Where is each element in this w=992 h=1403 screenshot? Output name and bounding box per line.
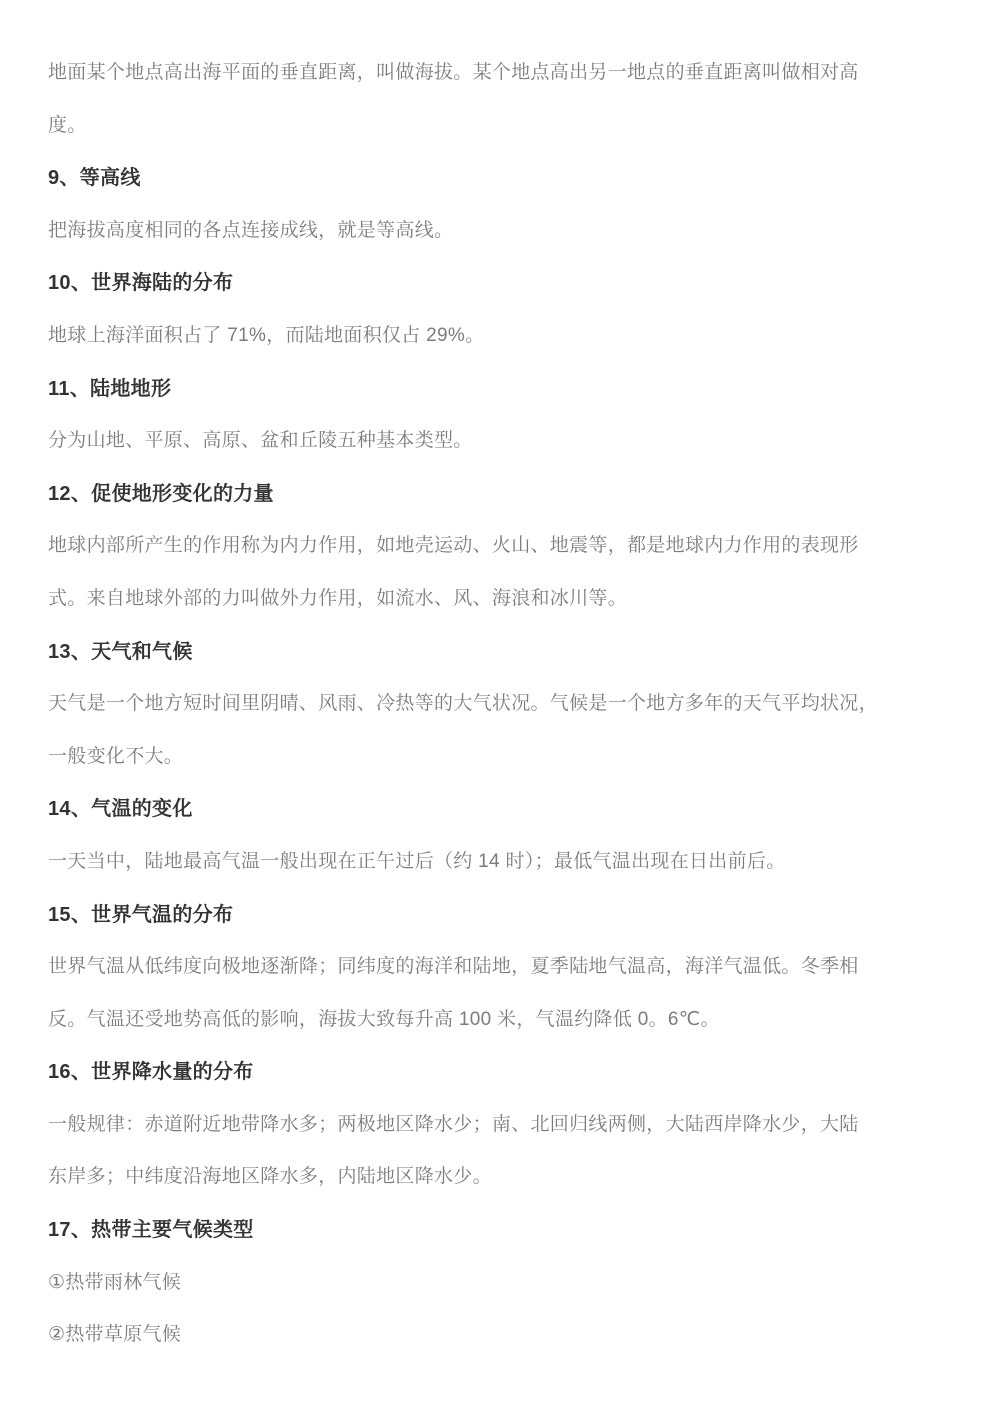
heading-13-weather-climate: 13、天气和气候 (48, 626, 892, 679)
paragraph-land-sea-distribution: 地球上海洋面积占了 71%，而陆地面积仅占 29%。 (48, 310, 892, 363)
paragraph-world-precipitation-distribution: 一般规律：赤道附近地带降水多；两极地区降水少；南、北回归线两侧，大陆西岸降水少，… (48, 1099, 892, 1204)
heading-17-tropical-climate-types: 17、热带主要气候类型 (48, 1204, 892, 1257)
paragraph-altitude-definition: 地面某个地点高出海平面的垂直距离，叫做海拔。某个地点高出另一地点的垂直距离叫做相… (48, 47, 892, 152)
document-page: 地面某个地点高出海平面的垂直距离，叫做海拔。某个地点高出另一地点的垂直距离叫做相… (0, 0, 992, 1403)
paragraph-terrain-forces: 地球内部所产生的作用称为内力作用，如地壳运动、火山、地震等，都是地球内力作用的表… (48, 520, 892, 625)
heading-11-land-terrain: 11、陆地地形 (48, 363, 892, 416)
list-item-tropical-rainforest-climate: ①热带雨林气候 (48, 1257, 892, 1310)
paragraph-contour-lines: 把海拔高度相同的各点连接成线，就是等高线。 (48, 205, 892, 258)
heading-15-world-temperature-distribution: 15、世界气温的分布 (48, 889, 892, 942)
paragraph-weather-climate: 天气是一个地方短时间里阴晴、风雨、冷热等的大气状况。气候是一个地方多年的天气平均… (48, 678, 892, 783)
heading-9-contour-lines: 9、等高线 (48, 152, 892, 205)
paragraph-temperature-change: 一天当中，陆地最高气温一般出现在正午过后（约 14 时）；最低气温出现在日出前后… (48, 836, 892, 889)
heading-10-land-sea-distribution: 10、世界海陆的分布 (48, 257, 892, 310)
heading-12-terrain-forces: 12、促使地形变化的力量 (48, 468, 892, 521)
heading-14-temperature-change: 14、气温的变化 (48, 783, 892, 836)
heading-16-world-precipitation-distribution: 16、世界降水量的分布 (48, 1046, 892, 1099)
paragraph-land-terrain: 分为山地、平原、高原、盆和丘陵五种基本类型。 (48, 415, 892, 468)
paragraph-world-temperature-distribution: 世界气温从低纬度向极地逐渐降；同纬度的海洋和陆地，夏季陆地气温高，海洋气温低。冬… (48, 941, 892, 1046)
list-item-tropical-savanna-climate: ②热带草原气候 (48, 1309, 892, 1362)
